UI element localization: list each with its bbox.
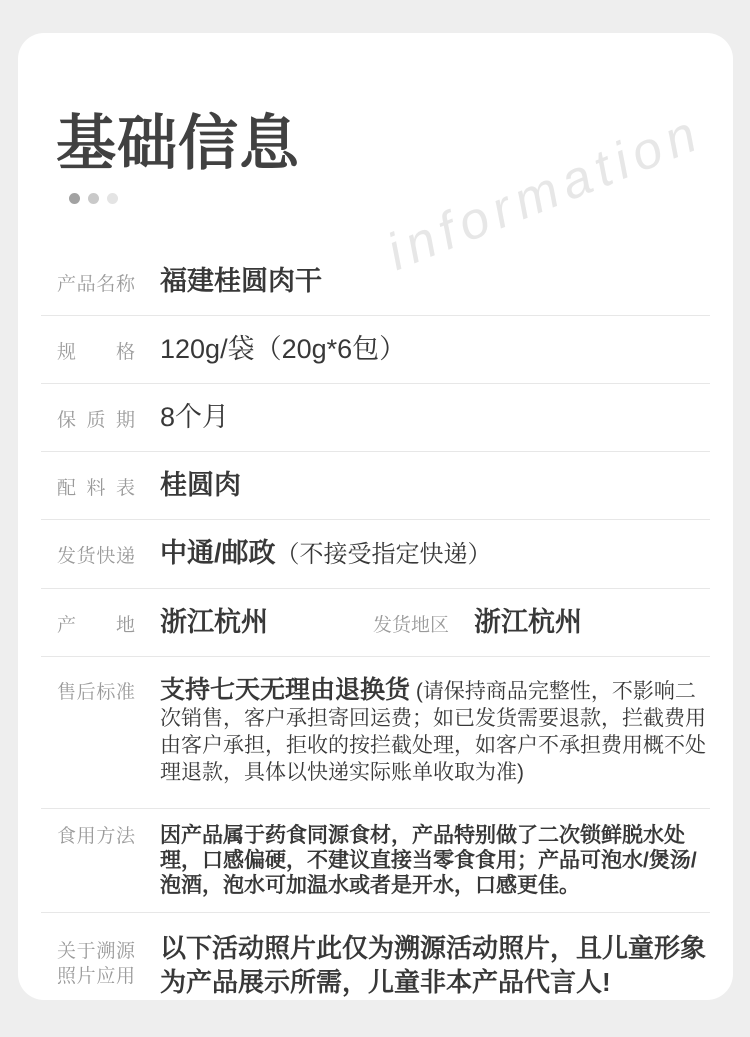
page-body: { "page": { "background": "#eeeeee", "ca… [0, 0, 750, 1037]
row-label: 规格 [57, 340, 135, 365]
row-usage: 食用方法 因产品属于药食同源食材，产品特别做了二次锁鲜脱水处理，口感偏硬，不建议… [41, 809, 710, 913]
info-card: information 基础信息 产品名称 福建桂圆肉干 规格 120g/袋（2… [18, 33, 733, 1000]
product-info-page: information 基础信息 产品名称 福建桂圆肉干 规格 120g/袋（2… [0, 0, 750, 1037]
dot-3 [107, 193, 118, 204]
row-value: 以下活动照片此仅为溯源活动照片，且儿童形象为产品展示所需，儿童非本产品代言人! [160, 931, 710, 999]
row-label: 配料表 [57, 476, 135, 501]
aftersale-lead: 支持七天无理由退换货 [160, 676, 410, 704]
row-value: 因产品属于药食同源食材，产品特别做了二次锁鲜脱水处理，口感偏硬，不建议直接当零食… [160, 823, 710, 898]
row-product-name: 产品名称 福建桂圆肉干 [41, 248, 710, 316]
origin-value: 浙江杭州 [160, 607, 268, 637]
courier-names: 中通/邮政 [160, 538, 276, 568]
info-table: 产品名称 福建桂圆肉干 规格 120g/袋（20g*6包） 保质期 8个月 配料… [41, 248, 710, 1000]
row-value: 120g/袋（20g*6包） [160, 334, 710, 364]
row-value: 支持七天无理由退换货 (请保持商品完整性，不影响二次销售，客户承担寄回运费；如已… [160, 677, 710, 786]
row-label: 产地 [57, 613, 135, 638]
row-origin: 产地 浙江杭州 发货地区 浙江杭州 [41, 589, 710, 657]
row-aftersale: 售后标准 支持七天无理由退换货 (请保持商品完整性，不影响二次销售，客户承担寄回… [41, 657, 710, 809]
row-spec: 规格 120g/袋（20g*6包） [41, 316, 710, 384]
row-label: 关于溯源照片应用 [57, 939, 135, 989]
ship-region-label: 发货地区 [373, 613, 449, 638]
row-ingredients: 配料表 桂圆肉 [41, 452, 710, 520]
dot-1 [69, 193, 80, 204]
row-label: 产品名称 [57, 272, 135, 297]
row-label: 食用方法 [57, 824, 135, 849]
row-courier: 发货快递 中通/邮政（不接受指定快递） [41, 520, 710, 589]
dot-2 [88, 193, 99, 204]
row-label: 售后标准 [57, 680, 135, 705]
row-label: 发货快递 [57, 544, 135, 569]
ship-region-value: 浙江杭州 [474, 607, 582, 637]
header: information 基础信息 [18, 33, 733, 204]
row-value: 福建桂圆肉干 [160, 266, 710, 296]
row-trace-photos: 关于溯源照片应用 以下活动照片此仅为溯源活动照片，且儿童形象为产品展示所需，儿童… [41, 913, 710, 1000]
row-label: 保质期 [57, 408, 135, 433]
row-value: 桂圆肉 [160, 470, 710, 500]
page-title: 基础信息 [56, 111, 695, 177]
row-value: 8个月 [160, 402, 710, 432]
row-value: 中通/邮政（不接受指定快递） [160, 538, 710, 570]
row-shelf-life: 保质期 8个月 [41, 384, 710, 452]
courier-note: （不接受指定快递） [276, 541, 492, 568]
